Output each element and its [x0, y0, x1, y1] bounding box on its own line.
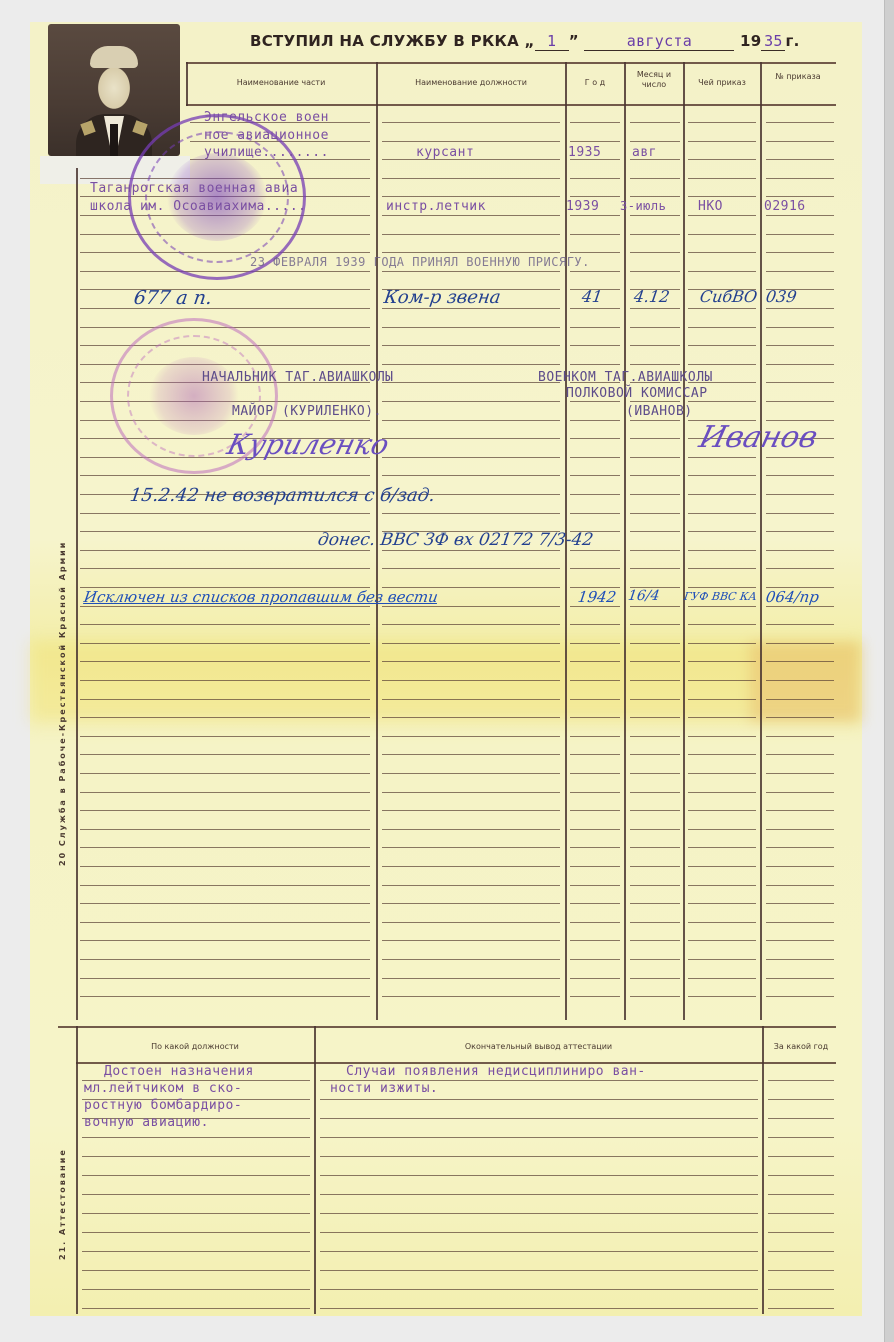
- col-line-5: [760, 62, 762, 1020]
- rule-line: [382, 141, 560, 142]
- rule-line: [688, 773, 756, 774]
- rule-line: [688, 215, 756, 216]
- side-label-service: 20 Служба в Рабоче-Крестьянской Красной …: [58, 541, 67, 866]
- rule-line: [688, 959, 756, 960]
- rule-line: [382, 513, 560, 514]
- final-row-by-whom: ГУФ ВВС КА: [683, 590, 758, 603]
- rule-line: [630, 327, 680, 328]
- rule-line: [80, 922, 370, 923]
- col-line-4: [683, 62, 685, 1020]
- rule-line: [570, 494, 620, 495]
- rule-line: [766, 401, 834, 402]
- header-order-no: № приказа: [761, 72, 835, 82]
- att-rule-line: [768, 1213, 834, 1214]
- rule-line: [688, 847, 756, 848]
- row2-unit-line1: Таганрогская военная авиа: [90, 181, 298, 196]
- rule-line: [570, 327, 620, 328]
- rule-line: [570, 196, 620, 197]
- att-rule-line: [320, 1251, 758, 1252]
- rule-line: [630, 885, 680, 886]
- rule-line: [80, 680, 370, 681]
- rule-line: [766, 475, 834, 476]
- rule-line: [570, 643, 620, 644]
- rule-line: [80, 903, 370, 904]
- entry-day: 1: [535, 32, 569, 51]
- rule-line: [630, 829, 680, 830]
- att-rule-line: [320, 1213, 758, 1214]
- rule-line: [382, 699, 560, 700]
- rule-line: [570, 271, 620, 272]
- att-rule-line: [768, 1099, 834, 1100]
- rule-line: [80, 866, 370, 867]
- rule-line: [766, 792, 834, 793]
- rule-line: [766, 457, 834, 458]
- rule-line: [382, 661, 560, 662]
- rule-line: [80, 754, 370, 755]
- hw-order-no: 039: [765, 287, 798, 306]
- rule-line: [570, 847, 620, 848]
- header-month-day: Месяц и число: [625, 70, 683, 90]
- rule-line: [382, 736, 560, 737]
- rule-line: [382, 717, 560, 718]
- row1-unit-line3: училище........: [204, 145, 329, 160]
- rule-line: [630, 345, 680, 346]
- rule-line: [80, 959, 370, 960]
- rule-line: [630, 810, 680, 811]
- rule-line: [630, 717, 680, 718]
- rule-line: [766, 996, 834, 997]
- hw-unit: 677 а п.: [132, 287, 213, 309]
- att-rule-line: [82, 1232, 310, 1233]
- att-rule-line: [320, 1118, 758, 1119]
- rule-line: [766, 699, 834, 700]
- entry-month: августа: [584, 32, 734, 51]
- att-rule-line: [768, 1175, 834, 1176]
- rule-line: [688, 457, 756, 458]
- rule-line: [382, 438, 560, 439]
- att-position-line2: мл.лейтчиком в ско-: [84, 1081, 242, 1096]
- rule-line: [630, 792, 680, 793]
- row2-year: 1939: [566, 199, 599, 214]
- rule-line: [630, 531, 680, 532]
- rule-line: [630, 457, 680, 458]
- header-position: Наименование должности: [377, 78, 565, 88]
- rule-line: [766, 810, 834, 811]
- oath-line: 23 ФЕВРАЛЯ 1939 ГОДА ПРИНЯЛ ВОЕННУЮ ПРИС…: [250, 255, 590, 269]
- rule-line: [570, 420, 620, 421]
- rule-line: [630, 234, 680, 235]
- att-position-line1: Достоен назначения: [104, 1064, 254, 1079]
- row1-unit-line1: Энгельское воен: [204, 110, 329, 125]
- rule-line: [570, 978, 620, 979]
- rule-line: [688, 401, 756, 402]
- rule-line: [382, 345, 560, 346]
- att-header-conclusion: Окончательный вывод аттестации: [315, 1042, 762, 1052]
- rule-line: [570, 996, 620, 997]
- rule-line: [382, 643, 560, 644]
- rule-line: [570, 810, 620, 811]
- rule-line: [570, 475, 620, 476]
- rule-line: [688, 699, 756, 700]
- rule-line: [688, 643, 756, 644]
- rule-line: [688, 680, 756, 681]
- rule-line: [688, 978, 756, 979]
- rule-line: [766, 215, 834, 216]
- rule-line: [688, 234, 756, 235]
- rule-line: [630, 494, 680, 495]
- rule-line: [630, 866, 680, 867]
- att-rule-line: [82, 1137, 310, 1138]
- att-rule-line: [320, 1137, 758, 1138]
- rule-line: [570, 252, 620, 253]
- title-prefix: ВСТУПИЛ НА СЛУЖБУ В РККА: [250, 32, 519, 50]
- att-rule-line: [320, 1289, 758, 1290]
- rule-line: [382, 401, 560, 402]
- rule-line: [766, 903, 834, 904]
- att-rule-line: [82, 1308, 310, 1309]
- rule-line: [630, 736, 680, 737]
- photo-tie: [110, 124, 118, 156]
- att-conclusion-line1: Случаи появления недисциплиниро ван-: [346, 1064, 646, 1079]
- rule-line: [382, 885, 560, 886]
- rule-line: [382, 475, 560, 476]
- col-line-0: [76, 168, 78, 1020]
- rule-line: [80, 606, 370, 607]
- rule-line: [688, 810, 756, 811]
- rule-line: [688, 736, 756, 737]
- rule-line: [570, 513, 620, 514]
- rule-line: [80, 773, 370, 774]
- rule-line: [766, 531, 834, 532]
- final-row-text: Исключен из списков пропавшим без вести: [83, 588, 439, 606]
- rule-line: [80, 289, 370, 290]
- att-rule-line: [82, 1156, 310, 1157]
- quote-close: ”: [569, 32, 579, 50]
- rule-line: [688, 141, 756, 142]
- rule-line: [630, 252, 680, 253]
- rule-line: [570, 717, 620, 718]
- rule-line: [766, 736, 834, 737]
- rule-line: [688, 531, 756, 532]
- rule-line: [80, 568, 370, 569]
- rule-line: [688, 606, 756, 607]
- att-rule-line: [768, 1232, 834, 1233]
- sig-left-rank-name: МАЙОР (КУРИЛЕНКО).: [232, 404, 382, 419]
- rule-line: [570, 940, 620, 941]
- rule-line: [570, 736, 620, 737]
- final-row-month-day: 16/4: [627, 588, 661, 604]
- rule-line: [630, 420, 680, 421]
- rule-line: [382, 810, 560, 811]
- rule-line: [688, 196, 756, 197]
- rule-line: [688, 903, 756, 904]
- rule-line: [688, 271, 756, 272]
- rule-line: [688, 159, 756, 160]
- document-title: ВСТУПИЛ НА СЛУЖБУ В РККА „1” августа 193…: [250, 32, 800, 51]
- rule-line: [570, 903, 620, 904]
- rule-line: [766, 661, 834, 662]
- rule-line: [80, 475, 370, 476]
- rule-line: [382, 866, 560, 867]
- rule-line: [688, 252, 756, 253]
- sig-left-handwritten: Куриленко: [224, 428, 393, 461]
- att-rule-line: [82, 1213, 310, 1214]
- rule-line: [382, 773, 560, 774]
- rule-line: [570, 438, 620, 439]
- att-rule-line: [320, 1194, 758, 1195]
- rule-line: [630, 978, 680, 979]
- att-rule-line: [320, 1099, 758, 1100]
- rule-line: [630, 550, 680, 551]
- att-rule-line: [768, 1251, 834, 1252]
- rule-line: [688, 345, 756, 346]
- header-by-whom: Чей приказ: [684, 78, 760, 88]
- rule-line: [630, 847, 680, 848]
- rule-line: [382, 122, 560, 123]
- rule-line: [570, 773, 620, 774]
- rule-line: [688, 178, 756, 179]
- rule-line: [688, 327, 756, 328]
- header-top-rule: [186, 62, 836, 64]
- entry-year-prefix: 19: [740, 32, 761, 50]
- rule-line: [80, 513, 370, 514]
- note-report: донес. ВВС ЗФ вх 02172 7/3-42: [317, 530, 595, 550]
- rule-line: [688, 717, 756, 718]
- att-rule-line: [82, 1251, 310, 1252]
- attestation-top-rule: [58, 1026, 836, 1028]
- rule-line: [766, 978, 834, 979]
- rule-line: [630, 773, 680, 774]
- rule-line: [382, 922, 560, 923]
- rule-line: [766, 568, 834, 569]
- rule-line: [382, 959, 560, 960]
- rule-line: [630, 308, 680, 309]
- rule-line: [766, 866, 834, 867]
- rule-line: [80, 624, 370, 625]
- rule-line: [766, 680, 834, 681]
- rule-line: [382, 327, 560, 328]
- rule-line: [766, 308, 834, 309]
- rule-line: [766, 922, 834, 923]
- rule-line: [688, 475, 756, 476]
- rule-line: [570, 792, 620, 793]
- rule-line: [570, 457, 620, 458]
- rule-line: [570, 680, 620, 681]
- att-rule-line: [320, 1156, 758, 1157]
- rule-line: [688, 513, 756, 514]
- rule-line: [382, 271, 560, 272]
- rule-line: [382, 940, 560, 941]
- rule-line: [630, 141, 680, 142]
- rule-line: [570, 606, 620, 607]
- rule-line: [688, 550, 756, 551]
- rule-line: [766, 624, 834, 625]
- sig-right-rank: ПОЛКОВОЙ КОМИССАР: [566, 386, 708, 401]
- rule-line: [630, 661, 680, 662]
- rule-line: [80, 661, 370, 662]
- rule-line: [570, 550, 620, 551]
- rule-line: [80, 978, 370, 979]
- rule-line: [688, 940, 756, 941]
- att-col-line-2: [762, 1026, 764, 1314]
- rule-line: [570, 122, 620, 123]
- rule-line: [570, 568, 620, 569]
- rule-line: [382, 215, 560, 216]
- rule-line: [766, 141, 834, 142]
- rule-line: [766, 606, 834, 607]
- rule-line: [570, 959, 620, 960]
- sig-right-title: ВОЕНКОМ ТАГ.АВИАШКОЛЫ: [538, 370, 713, 385]
- rule-line: [766, 122, 834, 123]
- rule-line: [382, 550, 560, 551]
- rule-line: [630, 271, 680, 272]
- rule-line: [382, 420, 560, 421]
- rule-line: [382, 847, 560, 848]
- scrollbar-edge: [884, 0, 894, 1342]
- rule-line: [382, 308, 560, 309]
- rule-line: [382, 903, 560, 904]
- rule-line: [570, 699, 620, 700]
- att-header-position: По какой должности: [76, 1042, 314, 1052]
- att-rule-line: [768, 1156, 834, 1157]
- photo-hair: [90, 46, 138, 68]
- rule-line: [630, 754, 680, 755]
- rule-line: [688, 494, 756, 495]
- att-col-line-0: [76, 1026, 78, 1314]
- att-rule-line: [768, 1080, 834, 1081]
- rule-line: [80, 829, 370, 830]
- final-row-year: 1942: [577, 588, 618, 606]
- rule-line: [766, 382, 834, 383]
- rule-line: [766, 234, 834, 235]
- rule-line: [630, 940, 680, 941]
- rule-line: [382, 457, 560, 458]
- rule-line: [570, 401, 620, 402]
- att-rule-line: [768, 1118, 834, 1119]
- rule-line: [688, 624, 756, 625]
- sig-right-handwritten: Иванов: [696, 420, 822, 455]
- rule-line: [766, 885, 834, 886]
- att-rule-line: [82, 1270, 310, 1271]
- rule-line: [382, 606, 560, 607]
- hw-month-day: 4.12: [633, 287, 671, 306]
- rule-line: [630, 215, 680, 216]
- rule-line: [766, 717, 834, 718]
- rule-line: [570, 661, 620, 662]
- row1-month-day: авг: [632, 145, 657, 160]
- rule-line: [766, 345, 834, 346]
- rule-line: [80, 308, 370, 309]
- rule-line: [766, 773, 834, 774]
- rule-line: [382, 680, 560, 681]
- rule-line: [80, 810, 370, 811]
- rule-line: [766, 847, 834, 848]
- rule-line: [688, 885, 756, 886]
- hw-by-whom: СибВО: [699, 287, 759, 306]
- rule-line: [570, 178, 620, 179]
- paper-stain-right: [750, 642, 860, 722]
- rule-line: [688, 792, 756, 793]
- rule-line: [766, 159, 834, 160]
- rule-line: [382, 754, 560, 755]
- entry-year-suffix: 35: [761, 32, 785, 51]
- row2-order-no: 02916: [764, 199, 806, 214]
- rule-line: [382, 792, 560, 793]
- rule-line: [766, 271, 834, 272]
- header-year: Г о д: [566, 78, 624, 88]
- row1-position: курсант: [416, 145, 474, 160]
- rule-line: [80, 643, 370, 644]
- rule-line: [630, 643, 680, 644]
- rule-line: [688, 364, 756, 365]
- side-label-attestation: 21. Аттестование: [58, 1148, 67, 1260]
- hw-year: 41: [581, 287, 604, 306]
- rule-line: [382, 978, 560, 979]
- rule-line: [766, 754, 834, 755]
- rule-line: [630, 699, 680, 700]
- att-rule-line: [320, 1308, 758, 1309]
- rule-line: [80, 847, 370, 848]
- rule-line: [766, 959, 834, 960]
- att-conclusion-line2: ности изжиты.: [330, 1081, 438, 1096]
- rule-line: [570, 866, 620, 867]
- att-rule-line: [82, 1194, 310, 1195]
- rule-line: [382, 252, 560, 253]
- rule-line: [766, 940, 834, 941]
- rule-line: [688, 922, 756, 923]
- rule-line: [630, 959, 680, 960]
- rule-line: [570, 754, 620, 755]
- rule-line: [630, 401, 680, 402]
- header-bottom-rule: [186, 104, 836, 106]
- rule-line: [382, 382, 560, 383]
- rule-line: [382, 624, 560, 625]
- rule-line: [80, 550, 370, 551]
- sig-right-name: (ИВАНОВ): [626, 404, 693, 419]
- att-rule-line: [320, 1175, 758, 1176]
- rule-line: [688, 996, 756, 997]
- rule-line: [688, 308, 756, 309]
- rule-line: [630, 122, 680, 123]
- rule-line: [688, 829, 756, 830]
- rule-line: [80, 699, 370, 700]
- rule-line: [80, 996, 370, 997]
- rule-line: [688, 661, 756, 662]
- rule-line: [630, 624, 680, 625]
- rule-line: [630, 606, 680, 607]
- rule-line: [570, 922, 620, 923]
- att-position-line3: ростную бомбардиро-: [84, 1098, 242, 1113]
- rule-line: [80, 736, 370, 737]
- rule-line: [766, 196, 834, 197]
- year-suffix-label: г.: [785, 32, 799, 50]
- rule-line: [382, 568, 560, 569]
- rule-line: [766, 178, 834, 179]
- rule-line: [570, 829, 620, 830]
- rule-line: [80, 940, 370, 941]
- rule-line: [688, 754, 756, 755]
- rule-line: [80, 792, 370, 793]
- att-rule-line: [768, 1308, 834, 1309]
- rule-line: [688, 587, 756, 588]
- att-rule-line: [768, 1194, 834, 1195]
- sig-left-title: НАЧАЛЬНИК ТАГ.АВИАШКОЛЫ: [202, 370, 394, 385]
- att-rule-line: [768, 1137, 834, 1138]
- rule-line: [382, 996, 560, 997]
- rule-line: [630, 680, 680, 681]
- rule-line: [688, 866, 756, 867]
- rule-line: [570, 308, 620, 309]
